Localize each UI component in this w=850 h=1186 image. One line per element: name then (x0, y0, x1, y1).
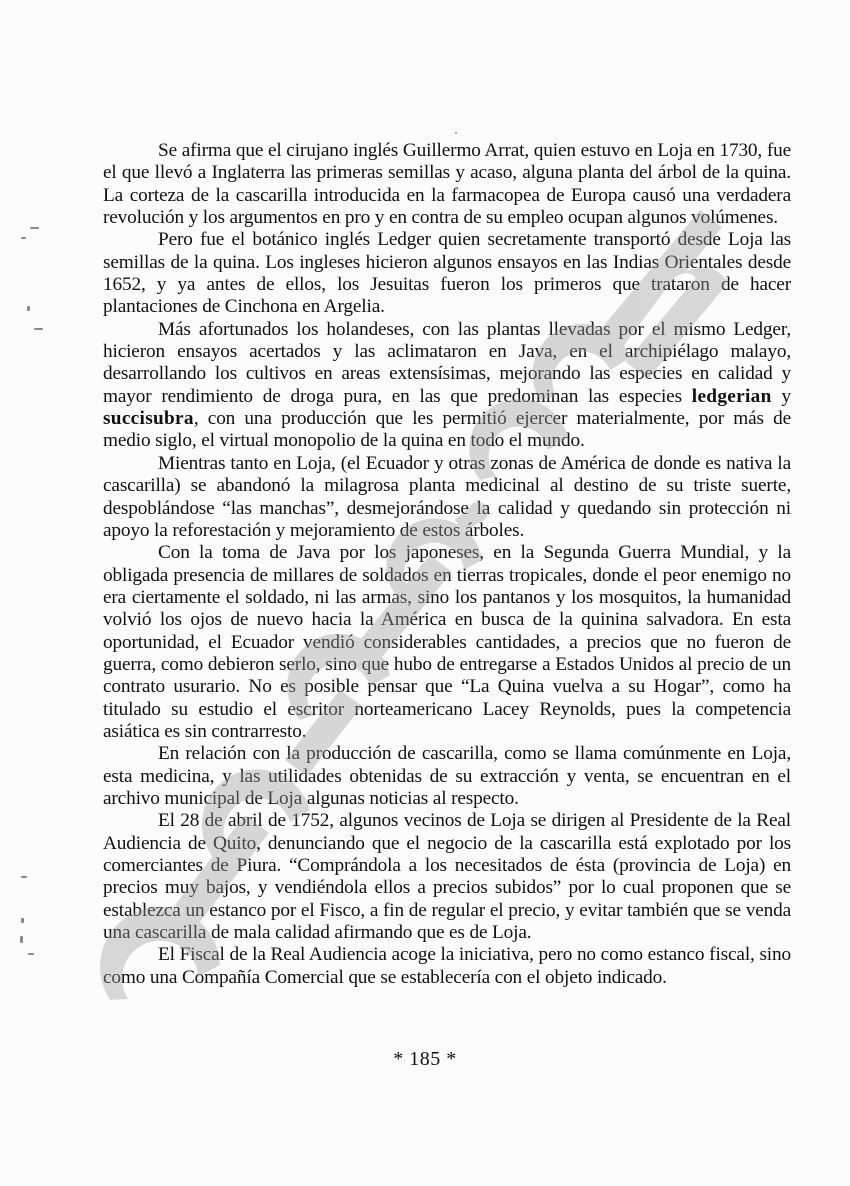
paragraph: El 28 de abril de 1752, algunos vecinos … (103, 810, 791, 944)
paragraph: Pero fue el botánico inglés Ledger quien… (103, 229, 791, 318)
paragraph-text: El Fiscal de la Real Audiencia acoge la … (103, 944, 791, 987)
scan-speck (28, 953, 34, 955)
species-name: ledgerian (692, 386, 772, 407)
scan-speck (455, 132, 457, 134)
scan-speck (21, 237, 26, 239)
scan-speck (34, 328, 43, 330)
scan-speck (21, 918, 24, 923)
paragraph-text: Se afirma que el cirujano inglés Guiller… (103, 140, 791, 228)
species-name: succisubra (103, 408, 194, 429)
paragraph: Se afirma que el cirujano inglés Guiller… (103, 140, 791, 229)
paragraph-text: y (772, 386, 791, 407)
scanned-page: Se afirma que el cirujano inglés Guiller… (0, 0, 850, 1186)
paragraph-text: Mientras tanto en Loja, (el Ecuador y ot… (103, 453, 791, 541)
paragraph-text: El 28 de abril de 1752, algunos vecinos … (103, 810, 791, 943)
page-number: * 185 * (0, 1048, 850, 1071)
paragraph-text: Pero fue el botánico inglés Ledger quien… (103, 229, 791, 317)
paragraph-text: , con una producción que les permitió ej… (103, 408, 791, 451)
scan-speck (27, 306, 30, 311)
paragraph-text: Con la toma de Java por los japoneses, e… (103, 542, 791, 742)
paragraph: Más afortunados los holandeses, con las … (103, 319, 791, 453)
paragraph: Con la toma de Java por los japoneses, e… (103, 542, 791, 743)
scan-speck (21, 876, 27, 878)
paragraph-text: En relación con la producción de cascari… (103, 743, 791, 809)
paragraph: Mientras tanto en Loja, (el Ecuador y ot… (103, 453, 791, 542)
scan-speck (20, 936, 23, 943)
paragraph: El Fiscal de la Real Audiencia acoge la … (103, 944, 791, 989)
paragraph-text: Más afortunados los holandeses, con las … (103, 319, 791, 407)
paragraph: En relación con la producción de cascari… (103, 743, 791, 810)
body-text: Se afirma que el cirujano inglés Guiller… (103, 140, 791, 989)
scan-speck (30, 227, 39, 229)
